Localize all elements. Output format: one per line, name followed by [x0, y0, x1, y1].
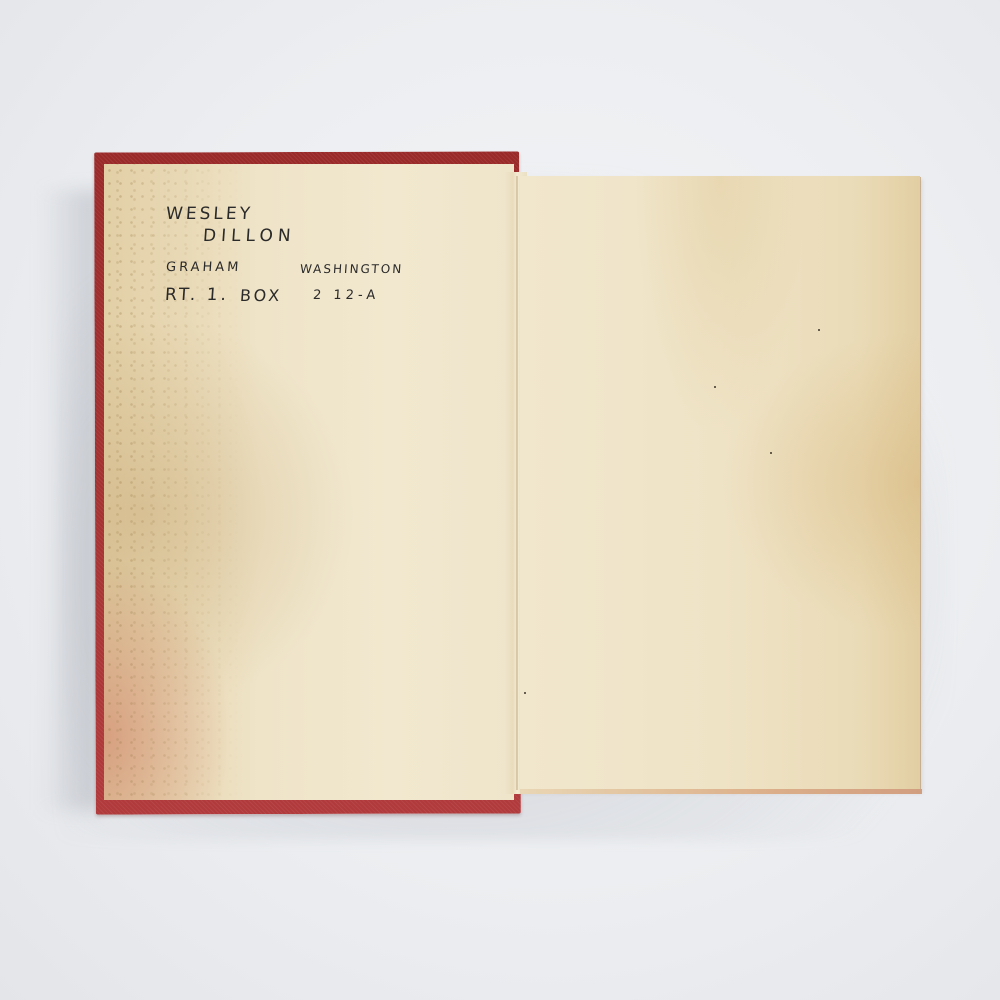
- page-speck: [770, 452, 772, 454]
- inscription-box-number: 2 12-A: [312, 288, 379, 303]
- gutter-fold-line: [516, 176, 518, 790]
- inscription-route: RT. 1.: [164, 285, 229, 305]
- page-block-edge: [520, 789, 922, 794]
- inscription-town: GRAHAM: [165, 260, 241, 275]
- inscription-state: WASHINGTON: [300, 262, 404, 276]
- book-side-shadow: [40, 190, 100, 810]
- inscription-first-name: WESLEY: [165, 204, 253, 224]
- right-blank-page: [520, 176, 920, 790]
- inscription-box-label: BOX: [239, 286, 283, 305]
- page-speck: [714, 386, 716, 388]
- page-speck: [818, 329, 820, 331]
- inscription-last-name: DILLON: [202, 226, 296, 246]
- page-speck: [524, 692, 526, 694]
